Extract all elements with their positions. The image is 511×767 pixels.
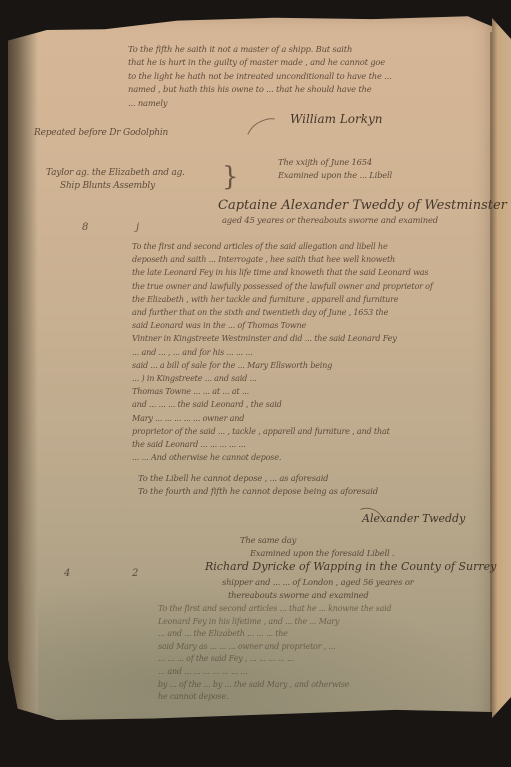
text-line: named , but hath this his owne to ... th… [128,83,392,96]
text-line: the true owner and lawfully possessed of… [132,280,433,293]
text-line: to the light he hath not be intreated un… [128,70,392,83]
margin-note-case: Taylor ag. the Elizabeth and ag. Ship Bl… [46,167,185,193]
text-line: said ... a bill of sale for the ... Mary… [132,359,433,372]
text-line: deposeth and saith ... Interrogate , hee… [132,253,433,266]
text-line: Leonard Fey in his lifetime , and ... th… [158,616,391,629]
text-line: Ship Blunts Assembly [46,180,185,193]
text-line: The xxijth of June 1654 [278,156,392,169]
closing-lines: To the Libell he cannot depose , ... as … [138,472,378,499]
text-line: said Mary as ... ... ... owner and propr… [158,641,391,654]
deposition-body: To the first and second articles of the … [132,240,433,464]
text-line: Taylor ag. the Elizabeth and ag. [46,167,185,180]
text-line: the Elizabeth , with her tackle and furn… [132,293,433,306]
text-line: ... ) in Kingstreete ... and said ... [132,372,433,385]
text-line: ... namely [128,97,392,110]
text-line: To the fourth and fifth he cannot depose… [138,485,378,498]
margin-mark: 2 [132,568,138,579]
deponent-name: Captaine Alexander Tweddy of Westminster [218,198,507,213]
text-line: by ... of the ... by ... the said Mary ,… [158,679,391,692]
date-header-2: The same day Examined upon the foresaid … [240,534,394,561]
text-line: To the first and second articles ... tha… [158,603,391,616]
text-line: Examined upon the foresaid Libell . [240,547,394,560]
text-line: the late Leonard Fey in his life time an… [132,266,433,279]
text-line: proprietor of the said ... , tackle , ap… [132,425,433,438]
text-line: The same day [240,534,394,547]
date-header: The xxijth of June 1654 Examined upon th… [278,156,392,183]
deposition-body-2: To the first and second articles ... tha… [158,603,391,704]
signature-william-lorkyn: William Lorkyn [290,112,383,126]
page-edge-line [490,32,492,722]
deponent-age-line: aged 45 yeares or thereabouts sworne and… [222,214,438,227]
text-line: ... and ... ... ... ... ... ... ... [158,666,391,679]
text-line: Thomas Towne ... ... at ... at ... [132,385,433,398]
text-line: that he is hurt in the guilty of master … [128,56,392,69]
text-line: Mary ... ... ... ... ... owner and [132,412,433,425]
text-line: ... ... ... of the said Fey , ... ... ..… [158,653,391,666]
text-line: he cannot depose. [158,691,391,704]
next-page-edge [492,18,511,718]
brace-mark: } [222,164,239,190]
text-line: the said Leonard ... ... ... ... ... [132,438,433,451]
text-line: To the Libell he cannot depose , ... as … [138,472,378,485]
margin-mark: 8 [82,222,88,233]
text-line: Examined upon the ... Libell [278,169,392,182]
margin-mark: 4 [64,568,70,579]
text-line: ... and ... , ... and for his ... ... ..… [132,346,433,359]
margin-mark: j [136,222,139,233]
margin-note-repeated: Repeated before Dr Godolphin [34,127,168,140]
text-line: To the first and second articles of the … [132,240,433,253]
text-line: said Leonard was in the ... of Thomas To… [132,319,433,332]
text-line: ... ... And otherwise he cannot depose. [132,451,433,464]
text-line: Vintner in Kingstreete Westminster and d… [132,332,433,345]
text-line: and ... ... ... the said Leonard , the s… [132,398,433,411]
text-line: and further that on the sixth and twenti… [132,306,433,319]
deponent-2-line2: shipper and ... ... of London , aged 56 … [222,576,414,589]
deponent-name-2: Richard Dyricke of Wapping in the County… [205,560,496,573]
text-line: ... and ... the Elizabeth ... ... ... th… [158,628,391,641]
top-paragraph: To the fifth he saith it not a master of… [128,43,392,110]
text-line: To the fifth he saith it not a master of… [128,43,392,56]
deponent-2-line3: thereabouts sworne and examined [228,589,369,602]
